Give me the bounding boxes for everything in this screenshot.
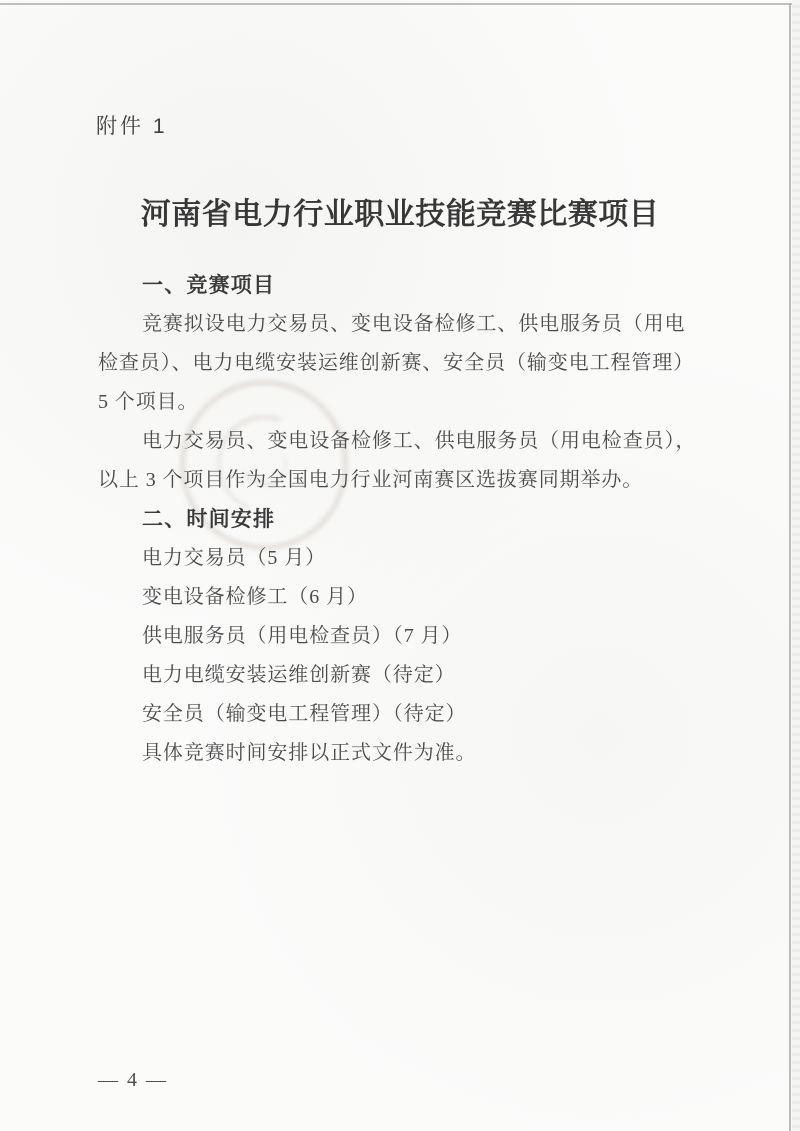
scan-edge-right <box>789 3 791 1131</box>
schedule-item: 安全员（输变电工程管理）（待定） <box>98 695 702 734</box>
attachment-label: 附件 1 <box>96 114 168 140</box>
doc-line: 以上 3 个项目作为全国电力行业河南赛区选拔赛同期举办。 <box>98 461 702 500</box>
scan-margin-right <box>792 0 800 1131</box>
document-title: 河南省电力行业职业技能竞赛比赛项目 <box>0 196 800 234</box>
schedule-item: 变电设备检修工（6 月） <box>98 578 702 617</box>
section-heading-1: 一、竞赛项目 <box>98 266 702 305</box>
scanned-document-page: 附件 1 河南省电力行业职业技能竞赛比赛项目 一、竞赛项目 竞赛拟设电力交易员、… <box>0 0 800 1131</box>
scan-edge-top <box>0 3 792 5</box>
section-heading-2: 二、时间安排 <box>98 500 702 539</box>
schedule-item: 供电服务员（用电检查员）（7 月） <box>98 617 702 656</box>
doc-line: 电力交易员、变电设备检修工、供电服务员（用电检查员）， <box>98 422 702 461</box>
document-body: 一、竞赛项目 竞赛拟设电力交易员、变电设备检修工、供电服务员（用电 检查员）、电… <box>98 266 702 773</box>
schedule-item: 电力交易员（5 月） <box>98 539 702 578</box>
doc-line: 竞赛拟设电力交易员、变电设备检修工、供电服务员（用电 <box>98 305 702 344</box>
doc-line: 检查员）、电力电缆安装运维创新赛、安全员（输变电工程管理） <box>98 344 702 383</box>
doc-line: 5 个项目。 <box>98 383 702 422</box>
page-number: — 4 — <box>98 1067 168 1093</box>
schedule-note: 具体竞赛时间安排以正式文件为准。 <box>98 734 702 773</box>
schedule-item: 电力电缆安装运维创新赛（待定） <box>98 656 702 695</box>
